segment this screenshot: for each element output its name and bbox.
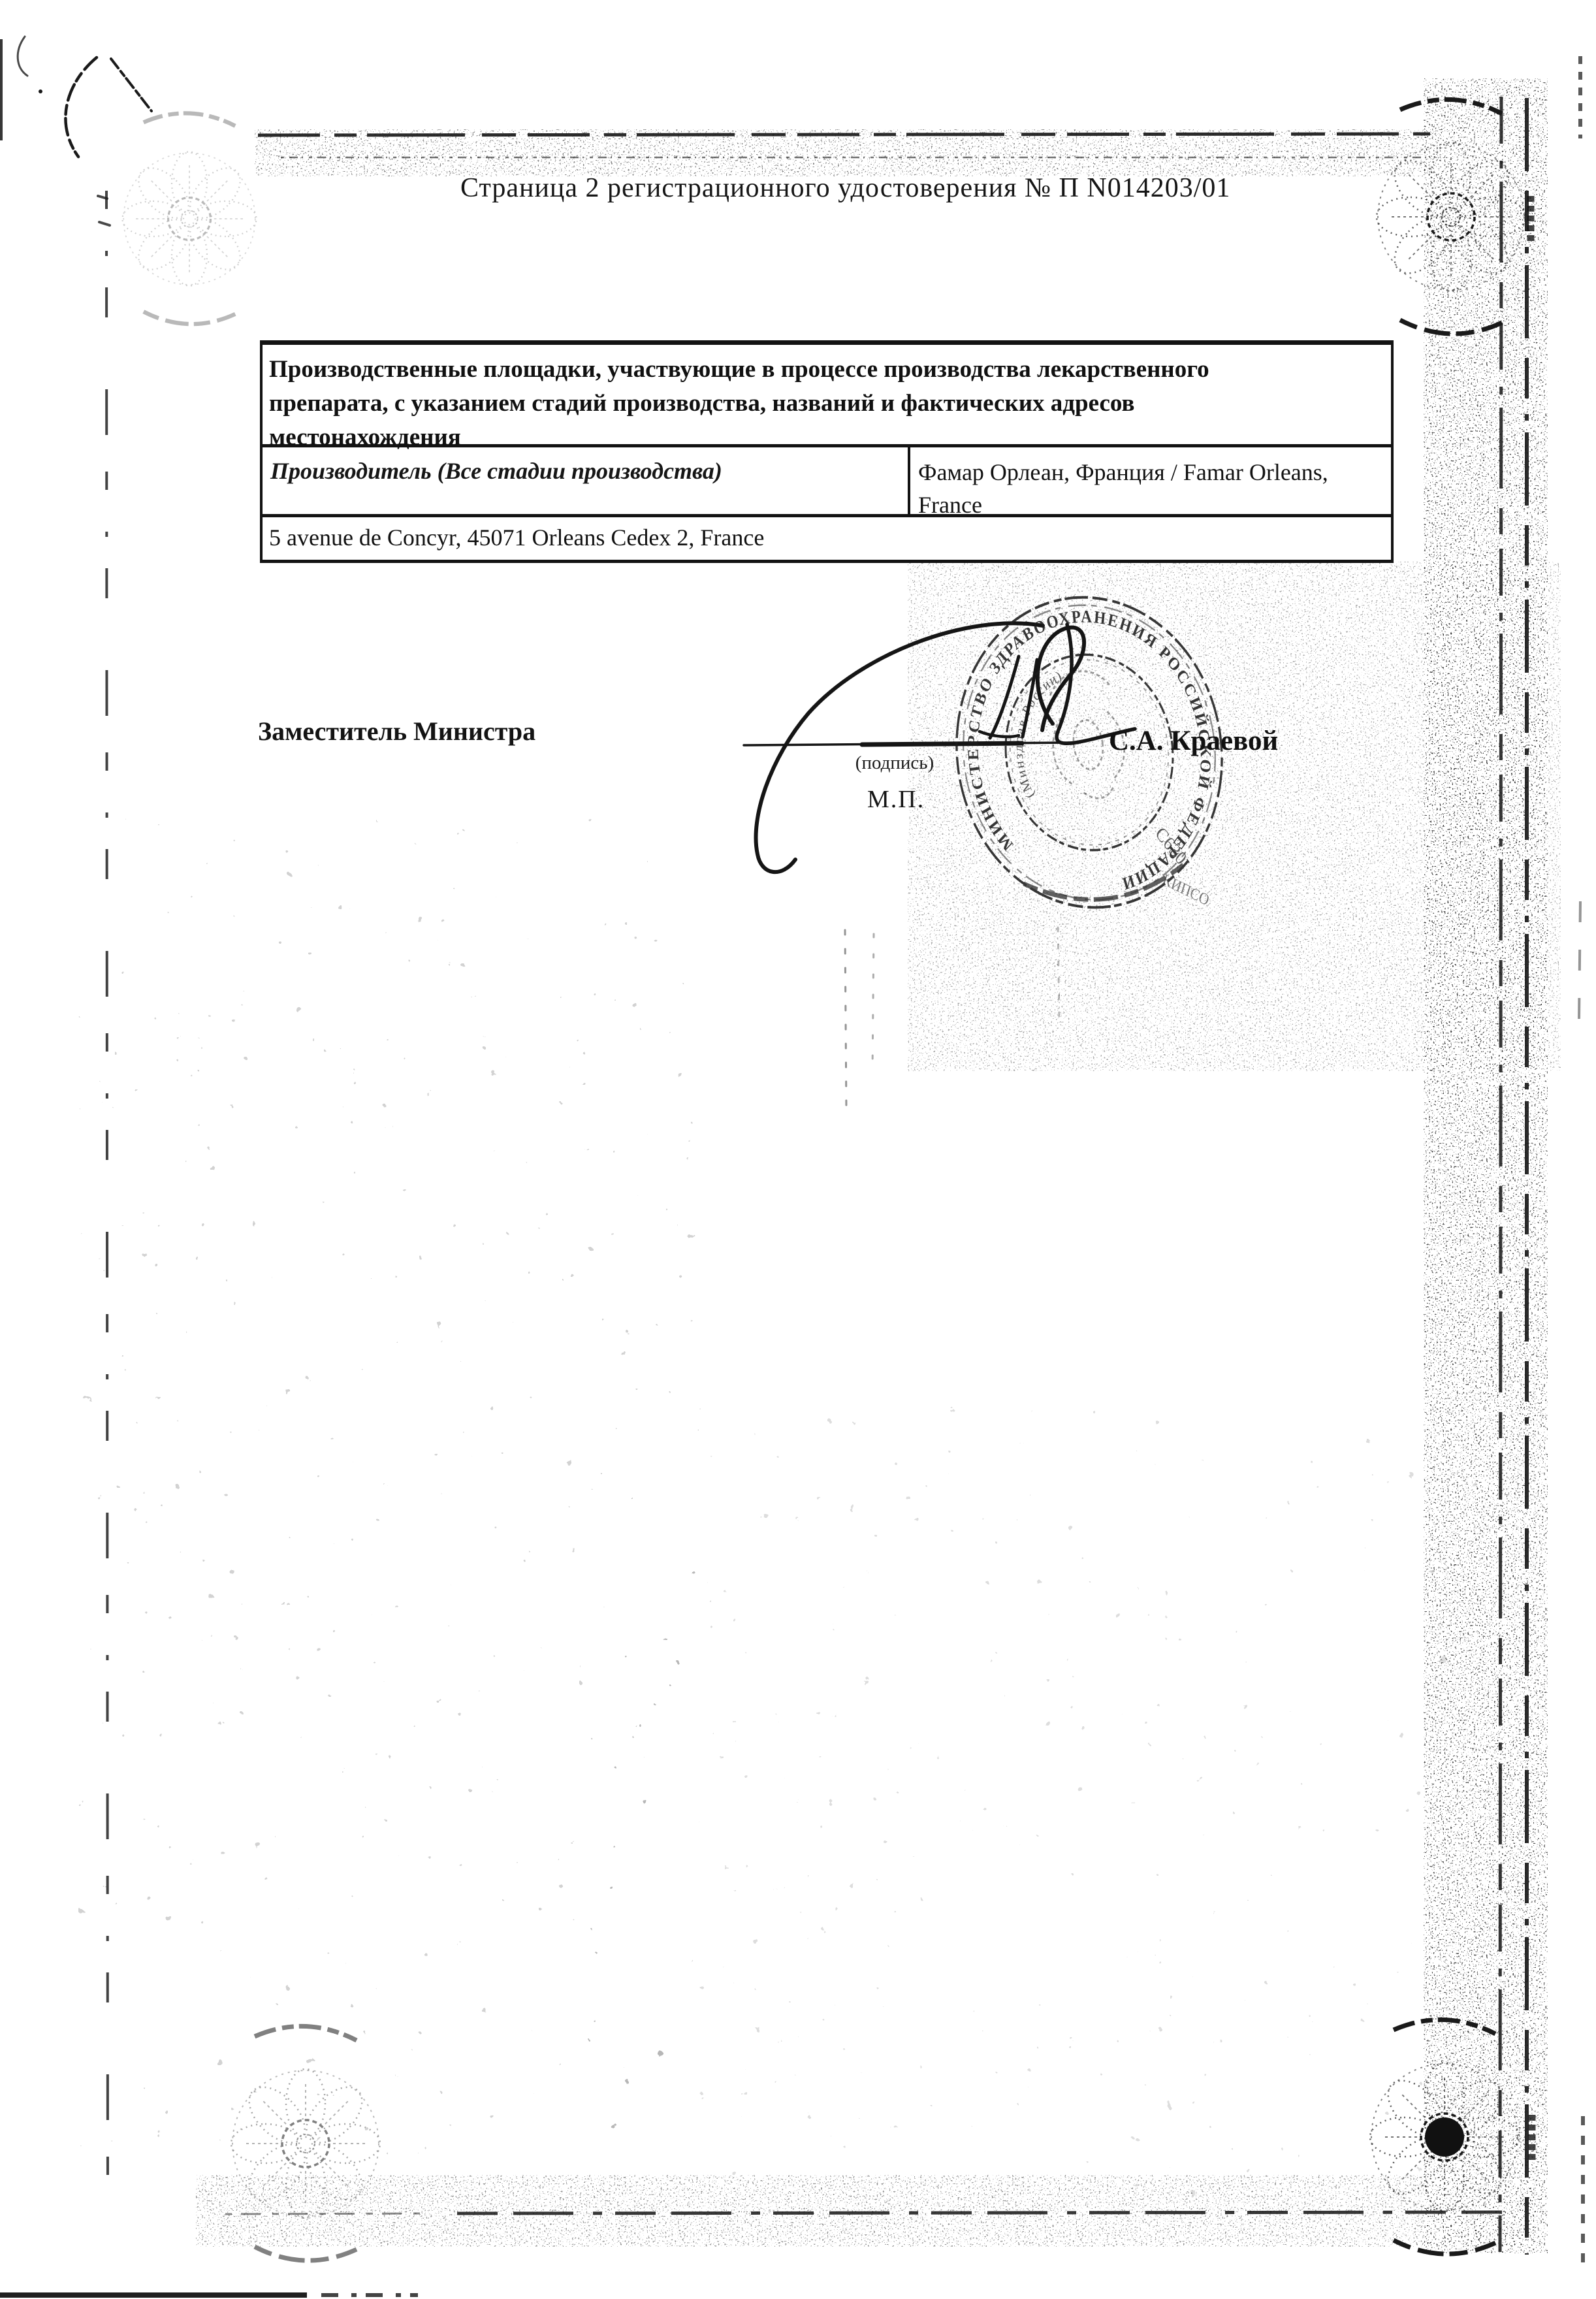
producer-label-cell: Производитель (Все стадии производства) <box>270 457 878 485</box>
stamp-fragment: С630 <box>1151 823 1190 869</box>
left-edge-sliver <box>0 39 3 140</box>
rosette-bottom-right-center <box>1425 2117 1464 2157</box>
signature <box>744 623 1135 1110</box>
signature-caption: (подпись) <box>829 752 960 774</box>
svg-text:(Минздрав России): (Минздрав России) <box>982 666 1102 801</box>
right-edge-fragment-mid <box>1579 901 1580 1019</box>
signer-name: С.А. Краевой <box>1109 725 1278 757</box>
stamp-zone-noise <box>908 562 1561 1071</box>
border-top-line <box>258 134 1430 135</box>
ink-streak <box>872 934 874 1071</box>
signature-stroke <box>756 623 1043 872</box>
production-sites-table: Производственные площадки, участвующие в… <box>260 340 1394 563</box>
border-left-line <box>106 191 108 2215</box>
seal-place-label: М.П. <box>867 785 925 814</box>
official-position-label: Заместитель Министра <box>258 716 535 747</box>
mid-zone-noise <box>588 1404 1502 2221</box>
pen-strokes <box>18 37 152 225</box>
bottom-rule-noise <box>196 2175 1535 2247</box>
left-zone-noise <box>78 816 699 2155</box>
stamp-inner-ring-text: (Минздрав России) <box>982 666 1102 801</box>
right-edge-noise <box>1424 78 1548 2253</box>
signature-stroke <box>1038 628 1084 730</box>
table-header-cell: Производственные площадки, участвующие в… <box>269 353 1268 455</box>
rosette-top-left <box>122 113 256 324</box>
border-bottom-line-left <box>225 2213 421 2214</box>
signature-line-bold <box>862 743 1022 745</box>
table-column-divider <box>908 446 910 515</box>
border-bottom-line <box>457 2212 1502 2213</box>
border-right-line <box>1500 97 1501 2252</box>
stamp-fragment: КИПСО <box>1160 871 1211 910</box>
producer-value-cell: Фамар Орлеан, Франция / Famar Orleans, F… <box>918 456 1349 521</box>
rosette-top-right <box>1377 99 1525 334</box>
signature-line <box>744 743 1071 745</box>
top-rule-noise <box>255 129 1430 176</box>
ink-streak <box>1058 927 1059 1019</box>
page-title: Страница 2 регистрационного удостоверени… <box>460 172 1309 204</box>
ink-streak <box>845 930 846 1110</box>
signature-stroke <box>990 656 1037 738</box>
signature-stroke <box>980 731 1019 737</box>
address-cell: 5 avenue de Concyr, 45071 Orleans Cedex … <box>269 524 1314 551</box>
rosette-bottom-right <box>1370 2019 1519 2254</box>
document-page: МИНИСТЕРСТВО ЗДРАВООХРАНЕНИЯ РОССИЙСКОЙ … <box>0 0 1596 2299</box>
rosette-bottom-left <box>231 2026 380 2260</box>
